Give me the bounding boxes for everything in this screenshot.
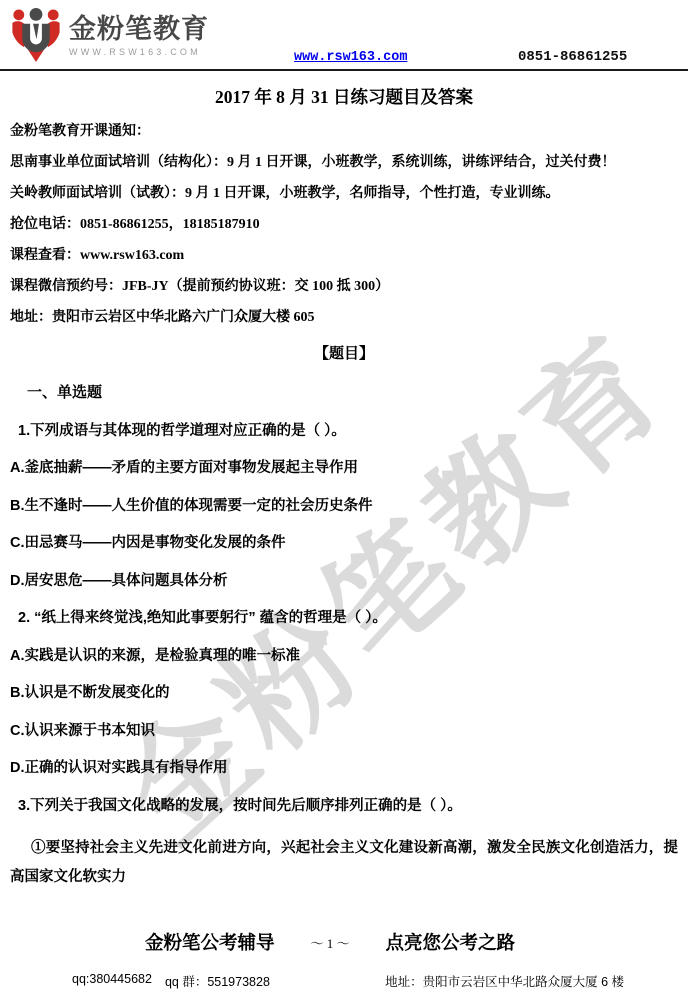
brand-name: 金粉笔教育 xyxy=(69,14,209,44)
notice-line-wechat: 课程微信预约号：JFB-JY（提前预约协议班：交 100 抵 300） xyxy=(10,278,688,295)
question-2-option-c: C.认识来源于书本知识 xyxy=(10,723,688,740)
notice-line-address: 地址：贵阳市云岩区中华北路六广门众厦大楼 605 xyxy=(10,309,688,326)
footer-qq: qq:380445682 xyxy=(72,972,152,990)
question-2-stem: 2. “纸上得来终觉浅,绝知此事要躬行” 蕴含的哲理是（ ）。 xyxy=(18,610,688,627)
footer-sub-line: qq:380445682 qq 群：551973828 地址：贵阳市云岩区中华北… xyxy=(72,972,624,990)
page-header: 金粉笔教育 WWW.RSW163.COM www.rsw163.com 0851… xyxy=(0,0,688,71)
footer-address: 地址：贵阳市云岩区中华北路众厦大厦 6 楼 xyxy=(385,972,624,990)
website-link[interactable]: www.rsw163.com xyxy=(294,50,407,65)
question-2-option-a: A.实践是认识的来源，是检验真理的唯一标准 xyxy=(10,648,688,665)
question-1-option-b: B.生不逢时——人生价值的体现需要一定的社会历史条件 xyxy=(10,498,688,515)
page-content: 金粉笔教育 WWW.RSW163.COM www.rsw163.com 0851… xyxy=(0,0,688,892)
notice-line: 关岭教师面试培训（试教）：9 月 1 日开课，小班教学，名师指导，个性打造，专业… xyxy=(10,185,688,202)
footer-main-line: 金粉笔公考辅导 ～ 1 ～ 点亮您公考之路 xyxy=(0,929,688,955)
question-1-option-d: D.居安思危——具体问题具体分析 xyxy=(10,573,688,590)
page-number: ～ 1 ～ xyxy=(310,933,349,952)
notice-line-website: 课程查看：www.rsw163.com xyxy=(10,247,688,264)
brand-logo-icon xyxy=(10,6,62,63)
question-section-heading: 一、单选题 xyxy=(27,381,688,402)
section-tag-title: 【题目】 xyxy=(0,342,688,363)
brand-logo-text: 金粉笔教育 WWW.RSW163.COM xyxy=(69,6,209,57)
brand-site-url: WWW.RSW163.COM xyxy=(69,47,209,57)
notice-line: 思南事业单位面试培训（结构化）：9 月 1 日开课，小班教学，系统训练，讲练评结… xyxy=(10,154,688,171)
footer-brand: 金粉笔公考辅导 xyxy=(145,929,275,955)
question-2-option-b: B.认识是不断发展变化的 xyxy=(10,685,688,702)
question-1-option-c: C.田忌赛马——内因是事物变化发展的条件 xyxy=(10,535,688,552)
question-1-option-a: A.釜底抽薪——矛盾的主要方面对事物发展起主导作用 xyxy=(10,460,688,477)
question-3-stem: 3.下列关于我国文化战略的发展，按时间先后顺序排列正确的是（ ）。 xyxy=(18,798,688,815)
document-title: 2017 年 8 月 31 日练习题目及答案 xyxy=(0,84,688,109)
header-phone-number: 0851-86861255 xyxy=(518,49,627,65)
question-3-item-1: ①要坚持社会主义先进文化前进方向，兴起社会主义文化建设新高潮，激发全民族文化创造… xyxy=(10,834,678,892)
footer-slogan: 点亮您公考之路 xyxy=(386,929,516,955)
document-page: 金粉笔教育 金粉笔教育 xyxy=(0,0,688,1008)
notice-line: 金粉笔教育开课通知： xyxy=(10,123,688,140)
notice-line-phone: 抢位电话：0851-86861255，18185187910 xyxy=(10,216,688,233)
question-2-option-d: D.正确的认识对实践具有指导作用 xyxy=(10,760,688,777)
question-1-stem: 1.下列成语与其体现的哲学道理对应正确的是（ ）。 xyxy=(18,423,688,440)
brand-logo: 金粉笔教育 WWW.RSW163.COM xyxy=(10,6,209,63)
footer-qq-group: qq 群：551973828 xyxy=(165,972,270,990)
